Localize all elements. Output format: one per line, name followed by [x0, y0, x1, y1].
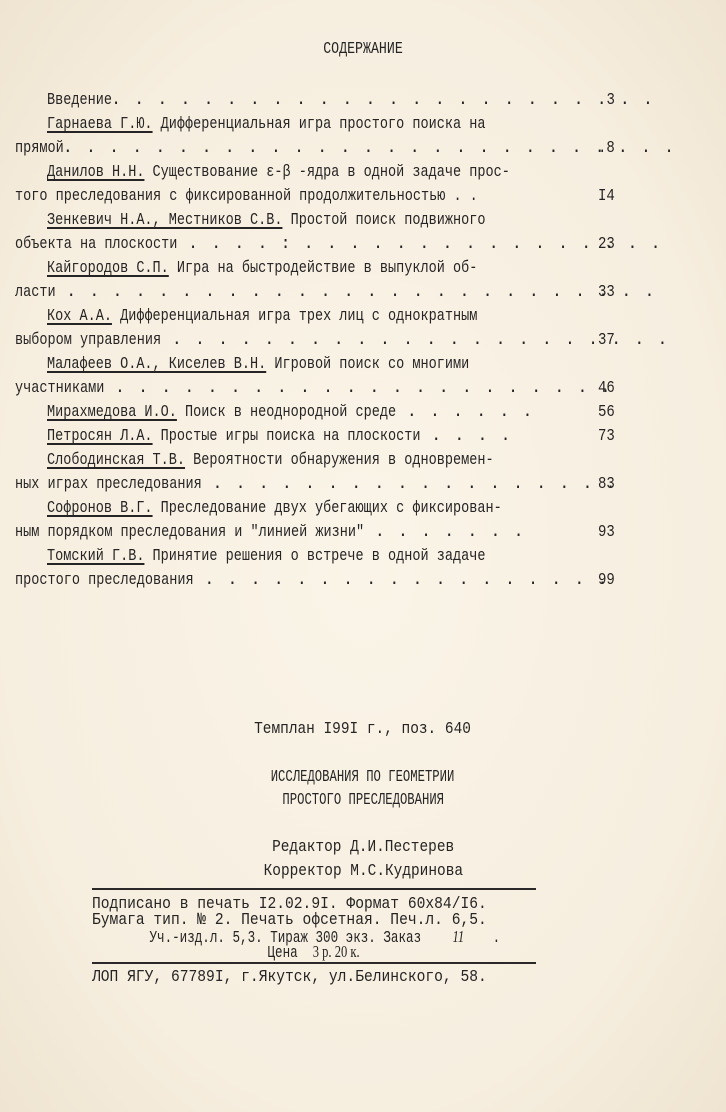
price-line: Цена 3 р. 20 к.: [92, 944, 536, 962]
toc-title-text: Введение: [47, 90, 112, 109]
toc-entry-line: Кайгородов С.П. Игра на быстродействие в…: [15, 256, 615, 280]
toc-entry-line: Малафеев О.А., Киселев В.Н. Игровой поис…: [15, 352, 615, 376]
toc-author: Кох А.А.: [47, 306, 112, 325]
toc-entry-line: Данилов Н.Н. Существование ε-β -ядра в о…: [15, 160, 615, 184]
toc-author: Гарнаева Г.Ю.: [47, 114, 153, 133]
toc-title-text: Преследование двух убегающих с фиксирова…: [161, 498, 502, 517]
toc-author: Мирахмедова И.О.: [47, 402, 177, 421]
toc-entry-line: простого преследования . . . . . . . . .…: [15, 568, 615, 592]
toc-title-text: ласти: [15, 282, 56, 301]
toc-title-text: Принятие решения о встрече в одной задач…: [153, 546, 486, 565]
price-stamp: 3 р. 20 к.: [312, 944, 359, 960]
toc-entry-line: участниками . . . . . . . . . . . . . . …: [15, 376, 615, 400]
toc-entry-line: Мирахмедова И.О. Поиск в неоднородной ср…: [15, 400, 615, 424]
book-title-line-1: ИССЛЕДОВАНИЯ ПО ГЕОМЕТРИИ: [0, 768, 726, 787]
toc-page-number: 46: [598, 376, 615, 400]
toc-title-text: Поиск в неоднородной среде: [185, 402, 396, 421]
toc-page-number: 37: [598, 328, 615, 352]
toc-title-text: ным порядком преследования и "линией жиз…: [15, 522, 364, 541]
toc-entry-line: Софронов В.Г. Преследование двух убегающ…: [15, 496, 615, 520]
toc-entry-line: Гарнаева Г.Ю. Дифференциальная игра прос…: [15, 112, 615, 136]
toc-entry-line: Петросян Л.А. Простые игры поиска на пло…: [15, 424, 615, 448]
toc-author: Данилов Н.Н.: [47, 162, 144, 181]
toc-title-text: участниками: [15, 378, 104, 397]
toc-title-text: Дифференциальная игра простого поиска на: [161, 114, 486, 133]
toc-entry-line: Введение. . . . . . . . . . . . . . . . …: [15, 88, 615, 112]
toc-entry-line: объекта на плоскости . . . . : . . . . .…: [15, 232, 615, 256]
toc-leader-dots: . . . . . . . . . . . . . . . . . . . . …: [161, 330, 670, 349]
toc-page-number: 99: [598, 568, 615, 592]
toc-entry-line: того преследования с фиксированной продо…: [15, 184, 615, 208]
toc-entry-line: ных играх преследования . . . . . . . . …: [15, 472, 615, 496]
imprint-bottom-rule: [92, 962, 536, 964]
toc-page-number: 73: [598, 424, 615, 448]
toc-author: Малафеев О.А., Киселев В.Н.: [47, 354, 266, 373]
toc-title-text: Игровой поиск со многими: [274, 354, 469, 373]
toc-title-text: Игра на быстродействие в выпуклой об-: [177, 258, 477, 277]
toc-leader-dots: . . . . : . . . . . . . . . . . . . . . …: [177, 234, 663, 253]
toc-page-number: 33: [598, 280, 615, 304]
toc-title-text: Простые игры поиска на плоскости: [161, 426, 421, 445]
toc-entry-line: Зенкевич Н.А., Местников С.В. Простой по…: [15, 208, 615, 232]
toc-leader-dots: . . . . . . . . . . . . . . . . . . . . …: [64, 138, 677, 157]
toc-title-text: прямой: [15, 138, 64, 157]
toc-title-text: Простой поиск подвижного: [291, 210, 486, 229]
toc-leader-dots: . . . . . . . . . . . . . . . . . .: [202, 474, 618, 493]
toc-entry-line: выбором управления . . . . . . . . . . .…: [15, 328, 615, 352]
toc-title-text: Существование ε-β -ядра в одной задаче п…: [153, 162, 510, 181]
toc-leader-dots: . . . . . . . . . . . . . . . . . . . . …: [112, 90, 655, 109]
imprint-line-2: Бумага тип. № 2. Печать офсетная. Печ.л.…: [92, 913, 536, 929]
toc-title-text: Дифференциальная игра трех лиц с однокра…: [120, 306, 477, 325]
toc-page-number: I4: [598, 184, 615, 208]
toc-page-number: 56: [598, 400, 615, 424]
toc-entry-line: ным порядком преследования и "линией жиз…: [15, 520, 615, 544]
toc-page-number: .8: [598, 136, 615, 160]
publisher-address: ЛОП ЯГУ, 67789I, г.Якутск, ул.Белинского…: [92, 970, 536, 986]
toc-page-number: 83: [598, 472, 615, 496]
imprint-top-rule: [92, 888, 536, 890]
toc-author: Слободинская Т.В.: [47, 450, 185, 469]
toc-title-text: Вероятности обнаружения в одновремен-: [193, 450, 493, 469]
table-of-contents: Введение. . . . . . . . . . . . . . . . …: [15, 88, 615, 592]
toc-title-text: того преследования с фиксированной продо…: [15, 186, 478, 205]
toc-page-number: 23: [598, 232, 615, 256]
toc-leader-dots: . . . .: [421, 426, 514, 445]
editor-credit: Редактор Д.И.Пестерев: [0, 838, 726, 857]
toc-author: Кайгородов С.П.: [47, 258, 169, 277]
templan-line: Темплан I99I г., поз. 640: [0, 720, 726, 739]
order-number-handwritten: 11: [453, 929, 465, 945]
toc-author: Петросян Л.А.: [47, 426, 153, 445]
proofreader-credit: Корректор М.С.Кудринова: [0, 862, 726, 881]
toc-author: Томский Г.В.: [47, 546, 144, 565]
document-page: СОДЕРЖАНИЕ Введение. . . . . . . . . . .…: [0, 0, 726, 1112]
toc-title-text: объекта на плоскости: [15, 234, 177, 253]
toc-entry-line: прямой. . . . . . . . . . . . . . . . . …: [15, 136, 615, 160]
toc-title-text: ных играх преследования: [15, 474, 202, 493]
toc-title-text: простого преследования: [15, 570, 194, 589]
toc-leader-dots: . . . . . . . . . . . . . . . . . . . . …: [104, 378, 613, 397]
toc-leader-dots: . . . . . . .: [364, 522, 526, 541]
toc-entry-line: Слободинская Т.В. Вероятности обнаружени…: [15, 448, 615, 472]
toc-heading: СОДЕРЖАНИЕ: [80, 40, 646, 59]
toc-entry-line: Кох А.А. Дифференциальная игра трех лиц …: [15, 304, 615, 328]
toc-title-text: выбором управления: [15, 330, 161, 349]
toc-leader-dots: . . . . . .: [396, 402, 535, 421]
toc-author: Софронов В.Г.: [47, 498, 153, 517]
toc-leader-dots: . . . . . . . . . . . . . . . . . . . . …: [56, 282, 657, 301]
book-title-line-2: ПРОСТОГО ПРЕСЛЕДОВАНИЯ: [0, 791, 726, 810]
toc-page-number: 93: [598, 520, 615, 544]
toc-author: Зенкевич Н.А., Местников С.В.: [47, 210, 282, 229]
toc-entry-line: ласти . . . . . . . . . . . . . . . . . …: [15, 280, 615, 304]
toc-page-number: 3: [607, 88, 615, 112]
toc-entry-line: Томский Г.В. Принятие решения о встрече …: [15, 544, 615, 568]
toc-leader-dots: . . . . . . . . . . . . . . . . . .: [194, 570, 610, 589]
